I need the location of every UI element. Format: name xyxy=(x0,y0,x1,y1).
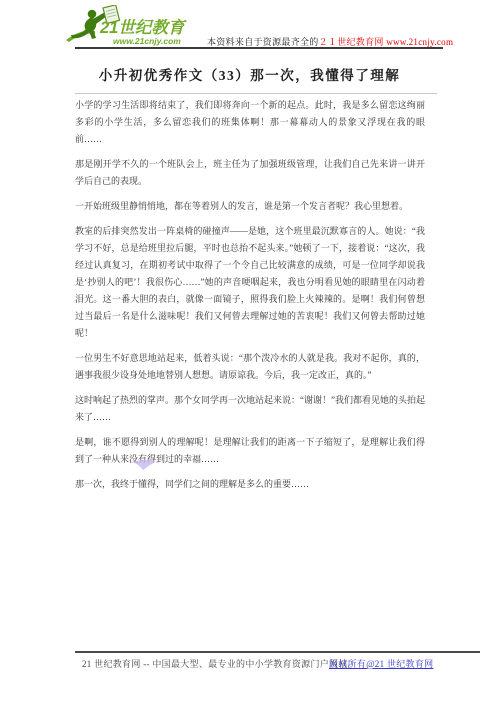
tagline-highlight-text: ２１世纪教育网 www.21cnjy.com xyxy=(319,37,454,47)
essay-paragraph: 教室的后排突然发出一阵桌椅的碰撞声——是她，这个班里最沉默寡言的人。她说：“我学… xyxy=(75,223,425,342)
header-divider xyxy=(75,47,443,49)
footer-copyright-link[interactable]: 版权所有@21 世纪教育网 xyxy=(329,657,433,670)
title-divider xyxy=(75,93,437,94)
essay-paragraph: 那一次，我终于懂得，同学们之间的理解是多么的重要…… xyxy=(75,476,425,493)
tagline-plain-text: 本资料来自于资源最齐全的 xyxy=(207,37,319,47)
essay-paragraph: 一位男生不好意思地站起来，低着头说：“那个泼冷水的人就是我。我对不起你，真的，遇… xyxy=(75,350,425,384)
essay-paragraph: 是啊，谁不愿得到别人的理解呢！是理解让我们的距离一下子缩短了，是理解让我们得到了… xyxy=(75,434,425,468)
essay-paragraph: 小学的学习生活即将结束了，我们即将奔向一个新的起点。此时，我是多么留恋这绚丽多彩… xyxy=(75,97,425,148)
essay-body: 小学的学习生活即将结束了，我们即将奔向一个新的起点。此时，我是多么留恋这绚丽多彩… xyxy=(75,97,425,501)
21cnjy-logo: 21世纪教育 www.21cnjy.com xyxy=(66,5,200,48)
page-title: 小升初优秀作文（33）那一次，我懂得了理解 xyxy=(0,64,499,84)
essay-paragraph: 一开始班级里静悄悄地，都在等着别人的发言，谁是第一个发言者呢？我心里想着。 xyxy=(75,198,425,215)
footer-site-info: 21 世纪教育网 -- 中国最大型、最专业的中小学教育资源门户网站。 xyxy=(82,657,357,670)
logo-brand-text: 21世纪教育 xyxy=(99,18,187,37)
logo-brand-url: www.21cnjy.com xyxy=(113,36,181,46)
header-tagline: 本资料来自于资源最齐全的２１世纪教育网 www.21cnjy.com xyxy=(207,37,453,47)
footer-divider xyxy=(75,651,480,653)
watermark-swoosh-icon xyxy=(131,459,157,473)
document-page: 21世纪教育 www.21cnjy.com 本资料来自于资源最齐全的２１世纪教育… xyxy=(0,0,499,706)
essay-paragraph: 这时响起了热烈的掌声。那个女同学再一次地站起来说：“谢谢！”我们都看见她的头拍起… xyxy=(75,392,425,426)
essay-paragraph: 那是刚开学不久的一个班队会上，班主任为了加强班级管理，让我们自己先来讲一讲开学后… xyxy=(75,156,425,190)
